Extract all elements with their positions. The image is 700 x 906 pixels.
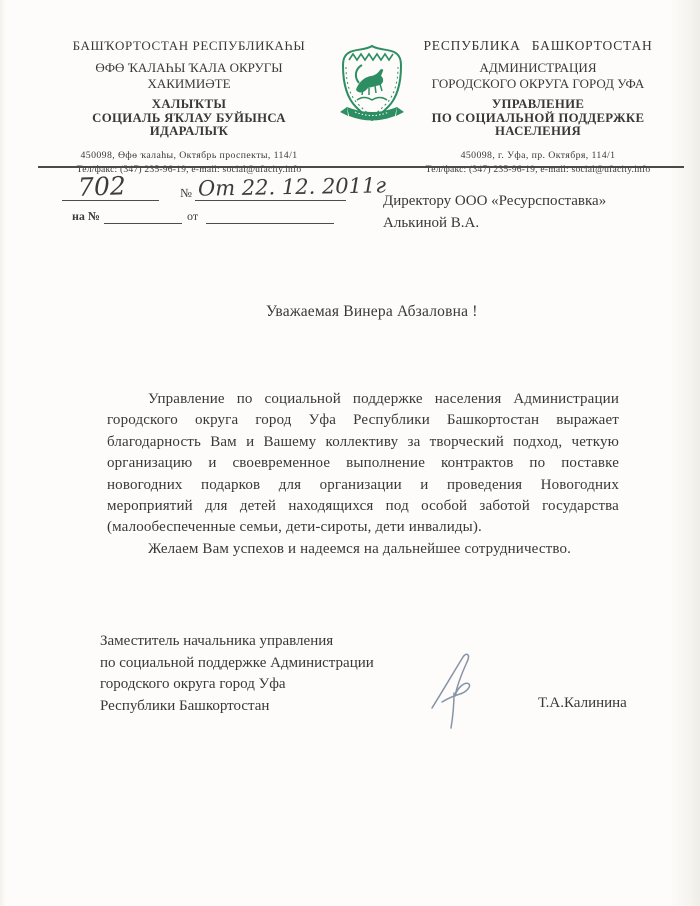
letterhead-divider (38, 166, 684, 168)
right-department-name: УПРАВЛЕНИЕ ПО СОЦИАЛЬНОЙ ПОДДЕРЖКЕ НАСЕЛ… (390, 98, 686, 139)
body-line: Желаем Вам успехов и надеемся на дальней… (107, 539, 619, 560)
number-sign-label: № (180, 186, 192, 201)
letterhead-right-column: РЕСПУБЛИКА БАШКОРТОСТАН АДМИНИСТРАЦИЯ ГО… (390, 38, 686, 177)
body-line: новогодних подарков для организации и пр… (107, 475, 619, 496)
right-dept-line1: УПРАВЛЕНИЕ (390, 98, 686, 112)
body-line: мероприятий для детей находящихся под ос… (107, 496, 619, 517)
left-dept-line3: ИДАРАЛЫҠ (36, 125, 342, 139)
left-org-line1: ӨФӨ ҠАЛАҺЫ ҠАЛА ОКРУГЫ (36, 60, 342, 76)
body-line: Управление по социальной поддержке насел… (107, 389, 619, 410)
right-contact-info: Тел/факс: (347) 235-96-19, e-mail: socia… (390, 163, 686, 177)
signatory-position-line: по социальной поддержке Администрации (100, 653, 374, 675)
right-org-line1: АДМИНИСТРАЦИЯ (390, 60, 686, 76)
right-country-name: РЕСПУБЛИКА БАШКОРТОСТАН (390, 38, 686, 53)
scanned-letter-page: БАШҠОРТОСТАН РЕСПУБЛИКАҺЫ ӨФӨ ҠАЛАҺЫ ҠАЛ… (0, 0, 700, 906)
signatory-position-line: Республики Башкортостан (100, 696, 374, 718)
right-dept-line2: ПО СОЦИАЛЬНОЙ ПОДДЕРЖКЕ (390, 112, 686, 126)
outgoing-date-handwritten: От 22. 12. 2011г (198, 173, 386, 200)
addressee-name: Алькиной В.А. (383, 213, 606, 235)
left-org-line2: ХАКИМИӘТЕ (36, 76, 342, 92)
reply-date-blank-line (206, 223, 334, 224)
left-dept-line1: ХАЛЫҠТЫ (36, 98, 342, 112)
body-line: организацию и своевременное выполнение к… (107, 453, 619, 474)
signatory-position-line: Заместитель начальника управления (100, 631, 374, 653)
addressee-block: Директору ООО «Ресурспоставка» Алькиной … (383, 191, 606, 234)
addressee-position: Директору ООО «Ресурспоставка» (383, 191, 606, 213)
number-blank-line (62, 200, 159, 201)
right-postal-address: 450098, г. Уфа, пр. Октября, 114/1 (390, 149, 686, 163)
signatory-position-block: Заместитель начальника управления по соц… (100, 631, 374, 717)
reply-to-number-label: на № (72, 209, 100, 224)
right-organization-name: АДМИНИСТРАЦИЯ ГОРОДСКОГО ОКРУГА ГОРОД УФ… (390, 60, 686, 91)
left-dept-line2: СОЦИАЛЬ ЯҠЛАУ БУЙЫНСА (36, 112, 342, 126)
reply-from-label: от (187, 209, 198, 224)
salutation: Уважаемая Винера Абзаловна ! (266, 303, 478, 321)
right-dept-line3: НАСЕЛЕНИЯ (390, 125, 686, 139)
left-country-name: БАШҠОРТОСТАН РЕСПУБЛИКАҺЫ (36, 38, 342, 53)
left-organization-name: ӨФӨ ҠАЛАҺЫ ҠАЛА ОКРУГЫ ХАКИМИӘТЕ (36, 60, 342, 91)
date-blank-line (195, 200, 346, 201)
letter-body: Управление по социальной поддержке насел… (107, 389, 619, 560)
body-line: городского округа город Уфа Республики Б… (107, 410, 619, 431)
signatory-position-line: городского округа город Уфа (100, 674, 374, 696)
handwritten-signature (424, 648, 484, 730)
body-line: (малообеспеченные семьи, дети-сироты, де… (107, 517, 619, 538)
signature-stroke-icon (424, 648, 484, 730)
left-postal-address: 450098, Өфө ҡалаһы, Октябрь проспекты, 1… (36, 149, 342, 163)
letterhead-left-column: БАШҠОРТОСТАН РЕСПУБЛИКАҺЫ ӨФӨ ҠАЛАҺЫ ҠАЛ… (36, 38, 342, 177)
reply-number-blank-line (104, 223, 182, 224)
body-line: благодарность Вам и Вашему коллективу за… (107, 432, 619, 453)
left-department-name: ХАЛЫҠТЫ СОЦИАЛЬ ЯҠЛАУ БУЙЫНСА ИДАРАЛЫҠ (36, 98, 342, 139)
right-org-line2: ГОРОДСКОГО ОКРУГА ГОРОД УФА (390, 76, 686, 92)
outgoing-number-handwritten: 702 (78, 171, 127, 202)
signatory-name: Т.А.Калинина (538, 695, 627, 712)
